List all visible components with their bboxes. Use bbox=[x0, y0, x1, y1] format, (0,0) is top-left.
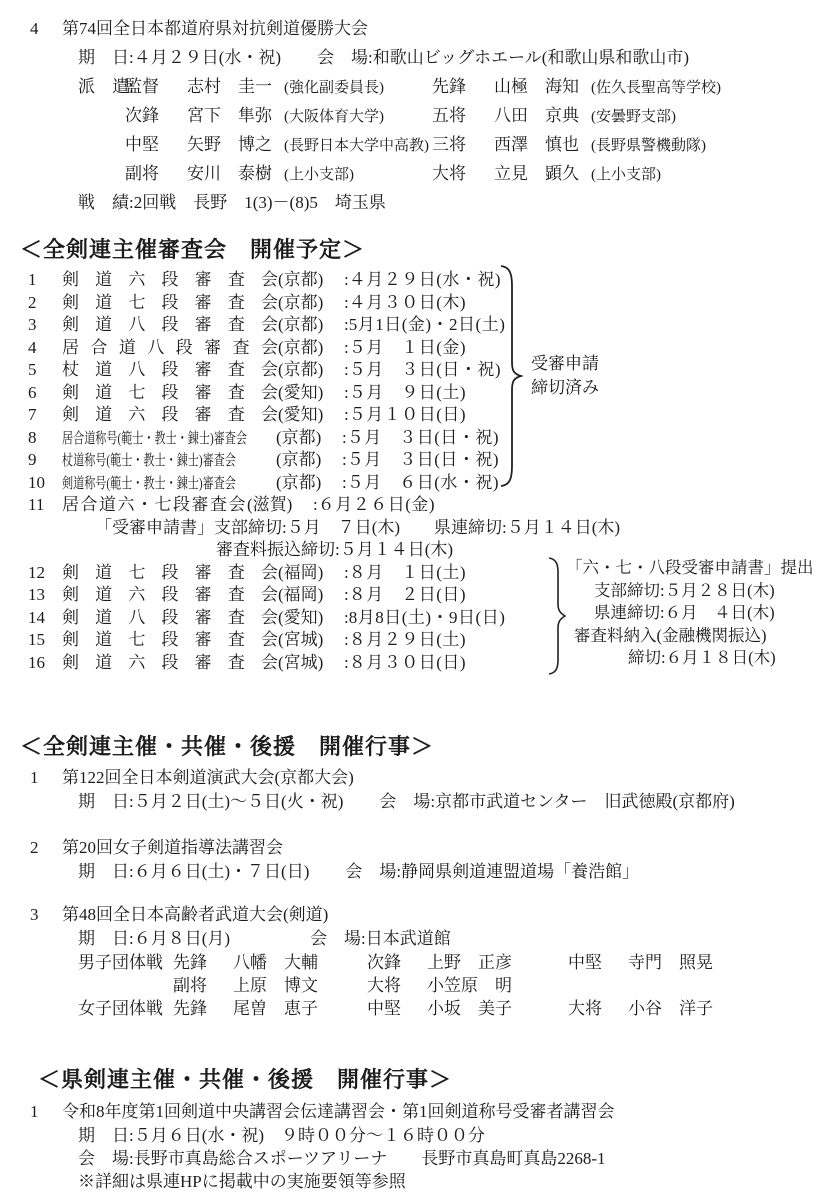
player-role: 副将 bbox=[125, 159, 159, 188]
event-title-line: 1令和8年度第1回剣道中央講習会伝達講習会・第1回剣道称号受審者講習会 bbox=[0, 1100, 836, 1124]
exam-item-row: 10剣道称号(範士・教士・錬士)審査会(京都):５月 ６日(水・祝) bbox=[28, 472, 836, 495]
exam-item-number: 7 bbox=[28, 404, 62, 427]
closed-note-line1: 受審申請 bbox=[531, 352, 599, 376]
exam-item-title: 剣道七段審査会 bbox=[62, 292, 278, 315]
result-line: 戦 績:2回戦 長野 1(3)－(8)5 埼玉県 bbox=[78, 188, 836, 217]
dispatch-right-cell: 三将西澤 慎也(長野県警機動隊) bbox=[432, 130, 706, 159]
exam-item-title: 杖道称号(範士・教士・錬士)審査会 bbox=[62, 450, 277, 473]
team-label: 男子団体戦 bbox=[78, 951, 173, 974]
member-name: 尾曽 恵子 bbox=[233, 999, 318, 1018]
exam-item-date: ４月２９日(水・祝) bbox=[349, 270, 501, 289]
venue-label: 会 場: bbox=[78, 1149, 134, 1168]
exam-item-row: 4居合道八段審査会(京都):５月 １日(金) bbox=[28, 337, 836, 360]
exam-item-venue: (愛知) bbox=[278, 607, 344, 630]
dispatch-right-cell: 五将八田 京典(安曇野支部) bbox=[432, 101, 676, 130]
exam-item-date: ５月 ３日(日・祝) bbox=[347, 450, 499, 469]
venue-label: 会 場: bbox=[379, 792, 435, 811]
team-member bbox=[568, 974, 594, 997]
event-number: 2 bbox=[30, 836, 62, 860]
exam-item-date: 5月1日(金)・2日(土) bbox=[349, 315, 506, 334]
august-deadline-note-line: 県連締切:６月 ４日(木) bbox=[566, 602, 814, 625]
event-chuo-koshukai: 1令和8年度第1回剣道中央講習会伝達講習会・第1回剣道称号受審者講習会 期 日:… bbox=[0, 1100, 836, 1193]
exam-item-date: ５月 ９日(土) bbox=[349, 383, 466, 402]
exam-item-date: 8月8日(土)・9日(日) bbox=[349, 608, 506, 627]
member-name: 小谷 洋子 bbox=[628, 999, 713, 1018]
venue-label: 会 場: bbox=[345, 862, 401, 881]
player-name: 立見 顕久 bbox=[494, 159, 579, 188]
date-value: ６月６日(土)・７日(日) bbox=[134, 862, 310, 881]
event-title: 第20回女子剣道指導法講習会 bbox=[62, 838, 283, 857]
event-number: 1 bbox=[30, 1100, 62, 1124]
examinations-heading: ＜全剣連主催審査会 開催予定＞ bbox=[20, 235, 836, 265]
member-name: 小坂 美子 bbox=[427, 999, 512, 1018]
exam-item-title: 剣道六段審査会 bbox=[62, 404, 278, 427]
exam-item-row: 5杖道八段審査会(京都):５月 ３日(日・祝) bbox=[28, 359, 836, 382]
kenkenren-events-heading: ＜県剣連主催・共催・後援 開催行事＞ bbox=[38, 1065, 836, 1095]
exam-item-number: 14 bbox=[28, 607, 62, 630]
date-label: 期 日: bbox=[78, 792, 134, 811]
event-date-venue-line: 期 日:６月８日(月)会 場:日本武道館 bbox=[78, 927, 836, 951]
item-number: 4 bbox=[30, 14, 62, 43]
exam-item-number: 15 bbox=[28, 629, 62, 652]
exam-item-row: 1剣道六段審査会(京都):４月２９日(水・祝) bbox=[28, 269, 836, 292]
exam-item-venue: (京都) bbox=[278, 337, 344, 360]
dispatch-right-cell: 先鋒山極 海知(佐久長聖高等学校) bbox=[432, 72, 721, 101]
exam-item-title: 居合道八段審査会 bbox=[62, 337, 278, 360]
dispatch-row: 中堅矢野 博之(長野日本大学中高教) 三将西澤 慎也(長野県警機動隊) bbox=[78, 130, 836, 159]
member-role: 先鋒 bbox=[173, 997, 207, 1020]
exam-item-venue: (京都) bbox=[278, 314, 344, 337]
team-member: 先鋒八幡 大輔 bbox=[173, 951, 367, 974]
player-role: 監督 bbox=[125, 72, 159, 101]
player-name: 山極 海知 bbox=[494, 72, 579, 101]
august-deadline-note-line: 審査料納入(金融機関振込) bbox=[566, 625, 814, 648]
event-date-venue-line: 期 日:５月２日(土)～５日(火・祝)会 場:京都市武道センター 旧武徳殿(京都… bbox=[78, 790, 836, 814]
document-page: 4第74回全日本都道府県対抗剣道優勝大会 期 日:４月２９日(水・祝)会 場:和… bbox=[0, 0, 836, 1200]
player-name: 宮下 隼弥 bbox=[187, 101, 272, 130]
event-korei-budo-taikai: 3第48回全日本高齢者武道大会(剣道) 期 日:６月８日(月)会 場:日本武道館… bbox=[0, 903, 836, 1020]
exam-item-date: ５月 ６日(水・祝) bbox=[347, 473, 499, 492]
venue-value: 日本武道館 bbox=[366, 929, 451, 948]
date-value: ６月８日(月) bbox=[134, 929, 230, 948]
player-affiliation: (長野県警機動隊) bbox=[591, 138, 706, 154]
dispatch-left-cell: 中堅矢野 博之(長野日本大学中高教) bbox=[125, 130, 432, 159]
dispatch-label: 派 遣: bbox=[78, 72, 125, 101]
exam-item-number: 16 bbox=[28, 652, 62, 675]
exam-item-title: 剣道六段審査会 bbox=[62, 652, 278, 675]
exam-item-number: 4 bbox=[28, 337, 62, 360]
exam-item-number: 3 bbox=[28, 314, 62, 337]
dispatch-left-cell: 次鋒宮下 隼弥(大阪体育大学) bbox=[125, 101, 432, 130]
exam-item-number: 13 bbox=[28, 584, 62, 607]
event-title-line: 1第122回全日本剣道演武大会(京都大会) bbox=[0, 766, 836, 790]
team-member: 先鋒尾曽 恵子 bbox=[173, 997, 367, 1020]
member-role: 中堅 bbox=[568, 951, 602, 974]
event-number: 3 bbox=[30, 903, 62, 927]
exam-item-title: 居合道称号(範士・教士・錬士)審査会 bbox=[62, 428, 277, 451]
result-value: 2回戦 長野 1(3)－(8)5 埼玉県 bbox=[134, 193, 386, 212]
august-deadline-note-line: 支部締切:５月２８日(木) bbox=[566, 580, 814, 603]
exam-item-row: 6剣道七段審査会(愛知):５月 ９日(土) bbox=[28, 382, 836, 405]
member-name: 八幡 大輔 bbox=[233, 953, 318, 972]
exam-item-date: ６月２６日(金) bbox=[318, 495, 435, 514]
exam-item-date: ８月 ２日(日) bbox=[349, 585, 466, 604]
player-affiliation: (佐久長聖高等学校) bbox=[591, 80, 721, 96]
dispatch-row: 派 遣: 監督志村 圭一(強化副委員長) 先鋒山極 海知(佐久長聖高等学校) bbox=[78, 72, 836, 101]
exam-item-date: ５月１０日(日) bbox=[349, 405, 466, 424]
item11-deadline-line1: 「受審申請書」支部締切:５月 ７日(木) 県連締切:５月１４日(木) bbox=[95, 517, 836, 540]
event-number: 1 bbox=[30, 766, 62, 790]
exam-item-date: ５月 ３日(日・祝) bbox=[347, 428, 499, 447]
exam-item-row: 11居合道六・七段審査会(滋賀):６月２６日(金) bbox=[28, 494, 836, 517]
member-name: 上原 博文 bbox=[233, 976, 318, 995]
dispatch-row: 次鋒宮下 隼弥(大阪体育大学) 五将八田 京典(安曇野支部) bbox=[78, 101, 836, 130]
exam-item-venue: (福岡) bbox=[278, 562, 344, 585]
date-value: ５月２日(土)～５日(火・祝) bbox=[134, 792, 344, 811]
closed-note-line2: 締切済み bbox=[531, 376, 599, 400]
venue-value: 京都市武道センター 旧武徳殿(京都府) bbox=[435, 792, 735, 811]
date-label: 期 日: bbox=[78, 929, 134, 948]
exam-item-number: 12 bbox=[28, 562, 62, 585]
dispatch-label bbox=[78, 159, 125, 188]
exam-item-number: 10 bbox=[28, 472, 62, 495]
exam-item-row: 9杖道称号(範士・教士・錬士)審査会(京都):５月 ３日(日・祝) bbox=[28, 449, 836, 472]
exam-item-date: ４月３０日(木) bbox=[349, 293, 466, 312]
august-deadline-notes: 「六・七・八段受審申請書」提出 支部締切:５月２８日(木) 県連締切:６月 ４日… bbox=[566, 557, 814, 670]
exam-item-title: 居合道六・七段審査会 bbox=[62, 495, 247, 514]
exam-item-number: 6 bbox=[28, 382, 62, 405]
player-name: 矢野 博之 bbox=[187, 130, 272, 159]
dispatch-left-cell: 監督志村 圭一(強化副委員長) bbox=[125, 72, 432, 101]
dispatch-label bbox=[78, 101, 125, 130]
team-member: 次鋒上野 正彦 bbox=[367, 951, 568, 974]
event-venue-line: 会 場:長野市真島総合スポーツアリーナ 長野市真島町真島2268-1 bbox=[78, 1147, 836, 1170]
player-role: 五将 bbox=[432, 101, 466, 130]
exam-item-number: 2 bbox=[28, 292, 62, 315]
player-name: 志村 圭一 bbox=[187, 72, 272, 101]
zenkenren-events-heading: ＜全剣連主催・共催・後援 開催行事＞ bbox=[20, 732, 836, 762]
member-role: 大将 bbox=[367, 974, 401, 997]
date-venue-line: 期 日:４月２９日(水・祝)会 場:和歌山ビッグホエール(和歌山県和歌山市) bbox=[78, 43, 836, 72]
exam-item-title: 杖道八段審査会 bbox=[62, 359, 278, 382]
result-label: 戦 績: bbox=[78, 188, 134, 217]
event-date-venue-line: 期 日:６月６日(土)・７日(日)会 場:静岡県剣道連盟道場「養浩館」 bbox=[78, 860, 836, 884]
member-role: 大将 bbox=[568, 997, 602, 1020]
member-name: 上野 正彦 bbox=[427, 953, 512, 972]
exam-item-title: 剣道八段審査会 bbox=[62, 314, 278, 337]
exam-item-title: 剣道七段審査会 bbox=[62, 562, 278, 585]
event-title: 第48回全日本高齢者武道大会(剣道) bbox=[62, 905, 328, 924]
exam-item-venue: (宮城) bbox=[278, 629, 344, 652]
date-label: 期 日: bbox=[78, 862, 134, 881]
exam-item-title: 剣道七段審査会 bbox=[62, 629, 278, 652]
player-role: 大将 bbox=[432, 159, 466, 188]
date-label: 期 日: bbox=[78, 43, 134, 72]
dispatch-left-cell: 副将安川 泰樹(上小支部) bbox=[125, 159, 432, 188]
dispatch-rows: 派 遣: 監督志村 圭一(強化副委員長) 先鋒山極 海知(佐久長聖高等学校) 次… bbox=[0, 72, 836, 188]
event-date-line: 期 日:５月６日(水・祝) ９時００分～１６時００分 bbox=[78, 1124, 836, 1147]
exam-item-title: 剣道六段審査会 bbox=[62, 269, 278, 292]
player-affiliation: (長野日本大学中高教) bbox=[284, 138, 429, 154]
exam-item-date: ８月３０日(日) bbox=[349, 653, 466, 672]
exam-item-title: 剣道六段審査会 bbox=[62, 584, 278, 607]
player-role: 三将 bbox=[432, 130, 466, 159]
exam-item-venue: (京都) bbox=[278, 359, 344, 382]
team-member: 中堅小坂 美子 bbox=[367, 997, 568, 1020]
exam-item-date: ５月 ３日(日・祝) bbox=[349, 360, 501, 379]
venue-label: 会 場: bbox=[317, 43, 373, 72]
date-value: ５月６日(水・祝) ９時００分～１６時００分 bbox=[134, 1126, 485, 1145]
player-name: 八田 京典 bbox=[494, 101, 579, 130]
event-title-line: 3第48回全日本高齢者武道大会(剣道) bbox=[0, 903, 836, 927]
member-role: 先鋒 bbox=[173, 951, 207, 974]
exam-item-number: 8 bbox=[28, 427, 62, 450]
event-title-line: 2第20回女子剣道指導法講習会 bbox=[0, 836, 836, 860]
team-member: 副将上原 博文 bbox=[173, 974, 367, 997]
team-row: 女子団体戦 先鋒尾曽 恵子 中堅小坂 美子 大将小谷 洋子 bbox=[78, 997, 836, 1020]
exam-item-number: 11 bbox=[28, 494, 62, 517]
event-kyoto-taikai: 1第122回全日本剣道演武大会(京都大会) 期 日:５月２日(土)～５日(火・祝… bbox=[0, 766, 836, 814]
venue-value: 静岡県剣道連盟道場「養浩館」 bbox=[401, 862, 639, 881]
dispatch-label bbox=[78, 130, 125, 159]
exam-item-venue: (福岡) bbox=[278, 584, 344, 607]
exam-item-date: ５月 １日(金) bbox=[349, 338, 466, 357]
team-label bbox=[78, 974, 173, 997]
exam-item-date: ８月 １日(土) bbox=[349, 563, 466, 582]
exam-item-row: 7剣道六段審査会(愛知):５月１０日(日) bbox=[28, 404, 836, 427]
player-role: 中堅 bbox=[125, 130, 159, 159]
team-row: 男子団体戦 先鋒八幡 大輔 次鋒上野 正彦 中堅寺門 照晃 bbox=[78, 951, 836, 974]
player-name: 安川 泰樹 bbox=[187, 159, 272, 188]
august-deadline-note-line: 「六・七・八段受審申請書」提出 bbox=[566, 557, 814, 580]
date-label: 期 日: bbox=[78, 1126, 134, 1145]
tournament-title-line: 4第74回全日本都道府県対抗剣道優勝大会 bbox=[0, 14, 836, 43]
dispatch-right-cell: 大将立見 顕久(上小支部) bbox=[432, 159, 661, 188]
member-name: 小笠原 明 bbox=[427, 976, 512, 995]
exam-item-date: ８月２９日(土) bbox=[349, 630, 466, 649]
team-member: 大将小笠原 明 bbox=[367, 974, 568, 997]
closed-items-brace bbox=[497, 264, 523, 488]
team-rows: 男子団体戦 先鋒八幡 大輔 次鋒上野 正彦 中堅寺門 照晃 副将上原 博文 大将… bbox=[0, 951, 836, 1020]
august-items-brace bbox=[546, 556, 566, 676]
member-role: 次鋒 bbox=[367, 951, 401, 974]
exam-item-venue: (京都) bbox=[276, 472, 342, 495]
player-role: 先鋒 bbox=[432, 72, 466, 101]
player-affiliation: (上小支部) bbox=[284, 167, 354, 183]
exam-item-row: 8居合道称号(範士・教士・錬士)審査会(京都):５月 ３日(日・祝) bbox=[28, 427, 836, 450]
event-title: 第122回全日本剣道演武大会(京都大会) bbox=[62, 768, 354, 787]
member-name: 寺門 照晃 bbox=[628, 953, 713, 972]
team-row: 副将上原 博文 大将小笠原 明 bbox=[78, 974, 836, 997]
exam-item-title: 剣道七段審査会 bbox=[62, 382, 278, 405]
prefectural-result-section: 4第74回全日本都道府県対抗剣道優勝大会 期 日:４月２９日(水・祝)会 場:和… bbox=[0, 14, 836, 217]
player-affiliation: (上小支部) bbox=[591, 167, 661, 183]
team-member: 中堅寺門 照晃 bbox=[568, 951, 713, 974]
dispatch-row: 副将安川 泰樹(上小支部) 大将立見 顕久(上小支部) bbox=[78, 159, 836, 188]
closed-note: 受審申請 締切済み bbox=[531, 352, 599, 400]
player-affiliation: (大阪体育大学) bbox=[284, 109, 384, 125]
examination-items-1-11: 1剣道六段審査会(京都):４月２９日(水・祝) 2剣道七段審査会(京都):４月３… bbox=[0, 269, 836, 517]
event-title: 令和8年度第1回剣道中央講習会伝達講習会・第1回剣道称号受審者講習会 bbox=[62, 1102, 615, 1121]
exam-item-venue: (京都) bbox=[276, 427, 342, 450]
exam-item-venue: (宮城) bbox=[278, 652, 344, 675]
team-label: 女子団体戦 bbox=[78, 997, 173, 1020]
event-note-line: ※詳細は県連HPに掲載中の実施要領等参照 bbox=[78, 1170, 836, 1193]
exam-item-title: 剣道称号(範士・教士・錬士)審査会 bbox=[62, 473, 277, 496]
team-member: 大将小谷 洋子 bbox=[568, 997, 713, 1020]
exam-item-row: 3剣道八段審査会(京都):5月1日(金)・2日(土) bbox=[28, 314, 836, 337]
member-role: 副将 bbox=[173, 974, 207, 997]
exam-item-number: 1 bbox=[28, 269, 62, 292]
exam-item-number: 5 bbox=[28, 359, 62, 382]
player-name: 西澤 慎也 bbox=[494, 130, 579, 159]
august-deadline-note-line: 締切:６月１８日(木) bbox=[566, 647, 814, 670]
exam-item-row: 2剣道七段審査会(京都):４月３０日(木) bbox=[28, 292, 836, 315]
date-value: ４月２９日(水・祝) bbox=[134, 48, 281, 67]
venue-value: 長野市真島総合スポーツアリーナ 長野市真島町真島2268-1 bbox=[134, 1149, 606, 1168]
event-joshi-koshukai: 2第20回女子剣道指導法講習会 期 日:６月６日(土)・７日(日)会 場:静岡県… bbox=[0, 836, 836, 884]
exam-item-venue: (滋賀) bbox=[247, 494, 313, 517]
player-role: 次鋒 bbox=[125, 101, 159, 130]
player-affiliation: (安曇野支部) bbox=[591, 109, 676, 125]
exam-item-venue: (京都) bbox=[278, 292, 344, 315]
exam-item-title: 剣道八段審査会 bbox=[62, 607, 278, 630]
exam-item-number: 9 bbox=[28, 449, 62, 472]
exam-item-venue: (京都) bbox=[278, 269, 344, 292]
venue-value: 和歌山ビッグホエール(和歌山県和歌山市) bbox=[373, 48, 689, 67]
member-role: 中堅 bbox=[367, 997, 401, 1020]
player-affiliation: (強化副委員長) bbox=[284, 80, 384, 96]
exam-item-venue: (愛知) bbox=[278, 404, 344, 427]
exam-item-venue: (京都) bbox=[276, 449, 342, 472]
tournament-title: 第74回全日本都道府県対抗剣道優勝大会 bbox=[62, 19, 368, 38]
venue-label: 会 場: bbox=[310, 929, 366, 948]
exam-item-venue: (愛知) bbox=[278, 382, 344, 405]
